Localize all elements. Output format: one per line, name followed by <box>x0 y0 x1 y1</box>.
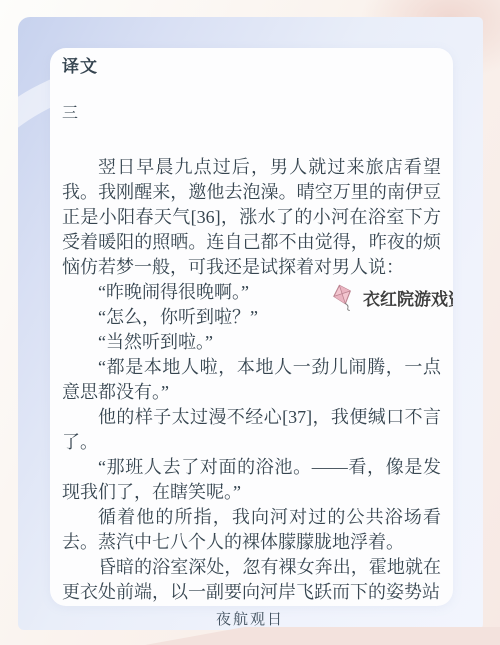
watermark: 衣红院游戏资讯 <box>331 284 453 311</box>
page-background: 译文 三 翌日早晨九点过后，男人就过来旅店看望我。我刚醒来，邀他去泡澡。晴空万里… <box>0 0 500 645</box>
paragraph: 循着他的所指，我向河对过的公共浴场看去。蒸汽中七八个人的裸体朦朦胧地浮着。 <box>62 505 441 555</box>
translation-text: 翌日早晨九点过后，男人就过来旅店看望我。我刚醒来，邀他去泡澡。晴空万里的南伊豆正… <box>62 155 441 605</box>
paragraph: 昏暗的浴室深处，忽有裸女奔出，霍地就在更衣处前端，以一副要向河岸飞跃而下的姿势站 <box>62 555 441 605</box>
footer-title: 夜航观日 <box>0 608 500 629</box>
paragraph: “都是本地人啦，本地人一劲儿闹腾，一点意思都没有。” <box>62 355 441 405</box>
watermark-label: 衣红院游戏资讯 <box>363 285 453 310</box>
paragraph: 翌日早晨九点过后，男人就过来旅店看望我。我刚醒来，邀他去泡澡。晴空万里的南伊豆正… <box>62 155 441 280</box>
paragraph: “那班人去了对面的浴池。——看，像是发现我们了，在瞎笑呢。” <box>62 455 441 505</box>
reader-card: 译文 三 翌日早晨九点过后，男人就过来旅店看望我。我刚醒来，邀他去泡澡。晴空万里… <box>50 48 453 606</box>
kite-icon <box>331 284 357 311</box>
paragraph: “当然听到啦。” <box>62 330 441 355</box>
paragraph: 他的样子太过漫不经心[37]，我便缄口不言了。 <box>62 405 441 455</box>
page-title: 译文 <box>62 57 441 77</box>
section-number: 三 <box>62 105 441 122</box>
